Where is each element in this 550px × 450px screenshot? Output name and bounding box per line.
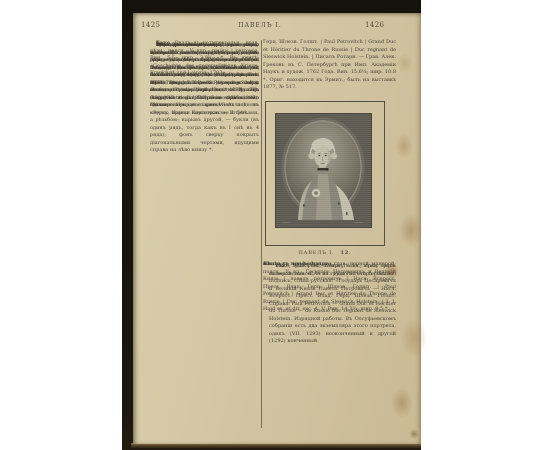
foxing-stain — [385, 263, 399, 279]
plate-caption-number: 12. — [340, 250, 351, 256]
foxing-stain — [401, 318, 427, 358]
column-rule — [261, 40, 262, 428]
catalog-page: 1425 ПАВЕЛЪ I. 1426 6.Тоже. Овалъ въ чет… — [133, 13, 421, 444]
plate-caption: ПАВЕЛЪ I.12. — [265, 250, 385, 256]
foxing-stain — [391, 388, 413, 418]
right-text-column-top: Герц. Шлезв. Голшт. | Paul Petrovitch | … — [263, 39, 396, 99]
right-text-column-bottom: 13.Копія съ предыдущаго.Овалъ въ четыреу… — [263, 261, 396, 427]
foxing-stain — [395, 133, 413, 159]
page-title: ПАВЕЛЪ I. — [228, 22, 292, 29]
foxing-stain — [409, 429, 419, 439]
portrait-plate-frame — [265, 101, 385, 246]
foxing-stain — [397, 53, 413, 73]
plate-caption-title: ПАВЕЛЪ I. — [298, 250, 334, 256]
column-number-right: 1426 — [365, 21, 384, 29]
book-photo: 1425 ПАВЕЛЪ I. 1426 6.Тоже. Овалъ въ чет… — [122, 0, 421, 450]
foxing-stain — [399, 213, 423, 247]
column-number-left: 1425 — [141, 21, 160, 29]
engraving-texture — [276, 114, 371, 227]
scanned-book-screenshot: 1425 ПАВЕЛЪ I. 1426 6.Тоже. Овалъ въ чет… — [0, 0, 550, 450]
left-text-column: 6.Тоже. Овалъ въ четыреугольн.; грав. рѣ… — [144, 40, 259, 424]
portrait-engraving — [276, 114, 371, 227]
